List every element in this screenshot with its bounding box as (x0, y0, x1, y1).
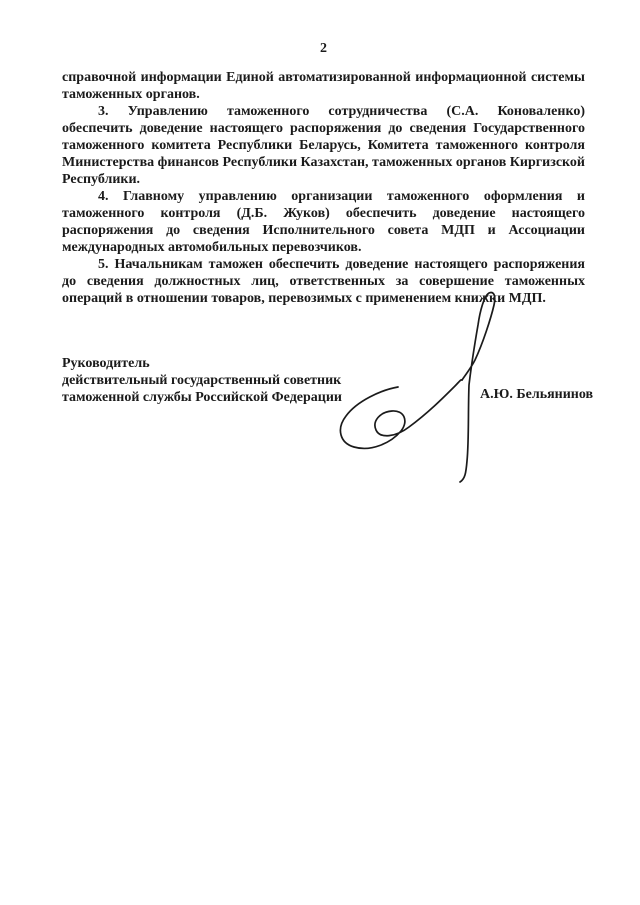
paragraph: 4. Главному управлению организации тамож… (62, 188, 585, 256)
signature-scrawl-icon (333, 283, 508, 485)
paragraph: справочной информации Единой автоматизир… (62, 69, 585, 103)
page-number: 2 (62, 40, 585, 57)
text-line: Республики. (62, 171, 585, 188)
signature-stroke-loop (340, 380, 462, 449)
text-line: 3. Управлению таможенного сотрудничества… (62, 103, 585, 120)
text-line: таможенных органов. (62, 86, 585, 103)
document-body: справочной информации Единой автоматизир… (62, 69, 585, 307)
text-line: обеспечить доведение настоящего распоряж… (62, 120, 585, 137)
signature-stroke-hairpin (460, 293, 495, 482)
text-line: таможенного комитета Республики Беларусь… (62, 137, 585, 154)
text-line: справочной информации Единой автоматизир… (62, 69, 585, 86)
paragraph: 3. Управлению таможенного сотрудничества… (62, 103, 585, 188)
document-page: 2 справочной информации Единой автоматиз… (0, 0, 640, 905)
text-line: распоряжения до сведения Исполнительного… (62, 222, 585, 239)
text-line: международных автомобильных перевозчиков… (62, 239, 585, 256)
text-line: Министерства финансов Республики Казахст… (62, 154, 585, 171)
handwritten-signature (333, 283, 508, 485)
text-line: 4. Главному управлению организации тамож… (62, 188, 585, 205)
text-line: таможенного контроля (Д.Б. Жуков) обеспе… (62, 205, 585, 222)
text-line: 5. Начальникам таможен обеспечить доведе… (62, 256, 585, 273)
